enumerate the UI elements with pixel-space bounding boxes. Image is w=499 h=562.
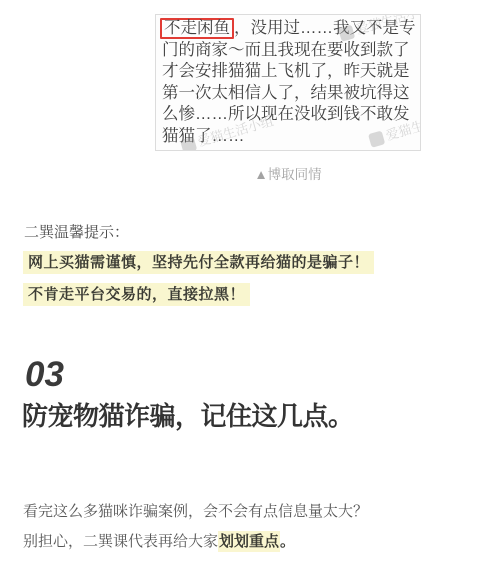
outro-line: 看完这么多猫咪诈骗案例，会不会有点信息量太大？: [23, 500, 368, 521]
section-title: 防宠物猫诈骗，记住这几点。: [22, 396, 354, 433]
chat-line: 门的商家～而且我现在要收到款了: [162, 40, 414, 62]
chat-line: 么惨……所以现在没收到钱不敢发: [162, 104, 414, 126]
outro-line-prefix: 别担心，二巽课代表再给大家: [23, 533, 218, 550]
chat-line: 才会安排猫猫上飞机了，昨天就是: [162, 61, 414, 83]
chat-line: 不走闲鱼，没用过……我又不是专: [162, 18, 414, 40]
red-annotation-box: 不走闲鱼: [160, 18, 234, 39]
highlighted-text: 划划重点: [218, 531, 280, 552]
chat-line: 猫猫了……: [162, 126, 414, 148]
tips-label: 二巽温馨提示：: [24, 221, 129, 242]
chat-line: 第一次太相信人了，结果被坑得这: [162, 83, 414, 105]
chat-screenshot-image[interactable]: 不走闲鱼，没用过……我又不是专 门的商家～而且我现在要收到款了 才会安排猫猫上飞…: [155, 14, 421, 151]
outro-line-suffix: 。: [280, 533, 295, 550]
section-number: 03: [25, 357, 64, 392]
tips-highlight-line: 不肯走平台交易的，直接拉黑！: [23, 283, 250, 304]
tips-highlight-line: 网上买猫需谨慎，坚持先付全款再给猫的是骗子！: [23, 251, 374, 272]
outro-line: 别担心，二巽课代表再给大家划划重点。: [23, 530, 295, 551]
highlighted-text: 网上买猫需谨慎，坚持先付全款再给猫的是骗子！: [23, 251, 374, 274]
chat-line-text: ，没用过……我又不是专: [234, 19, 416, 37]
image-caption: ▲博取同情: [155, 163, 421, 183]
highlighted-text: 不肯走平台交易的，直接拉黑！: [23, 283, 250, 306]
article-page: 不走闲鱼，没用过……我又不是专 门的商家～而且我现在要收到款了 才会安排猫猫上飞…: [0, 0, 499, 562]
chat-boxed-text: 不走闲鱼: [164, 19, 230, 37]
